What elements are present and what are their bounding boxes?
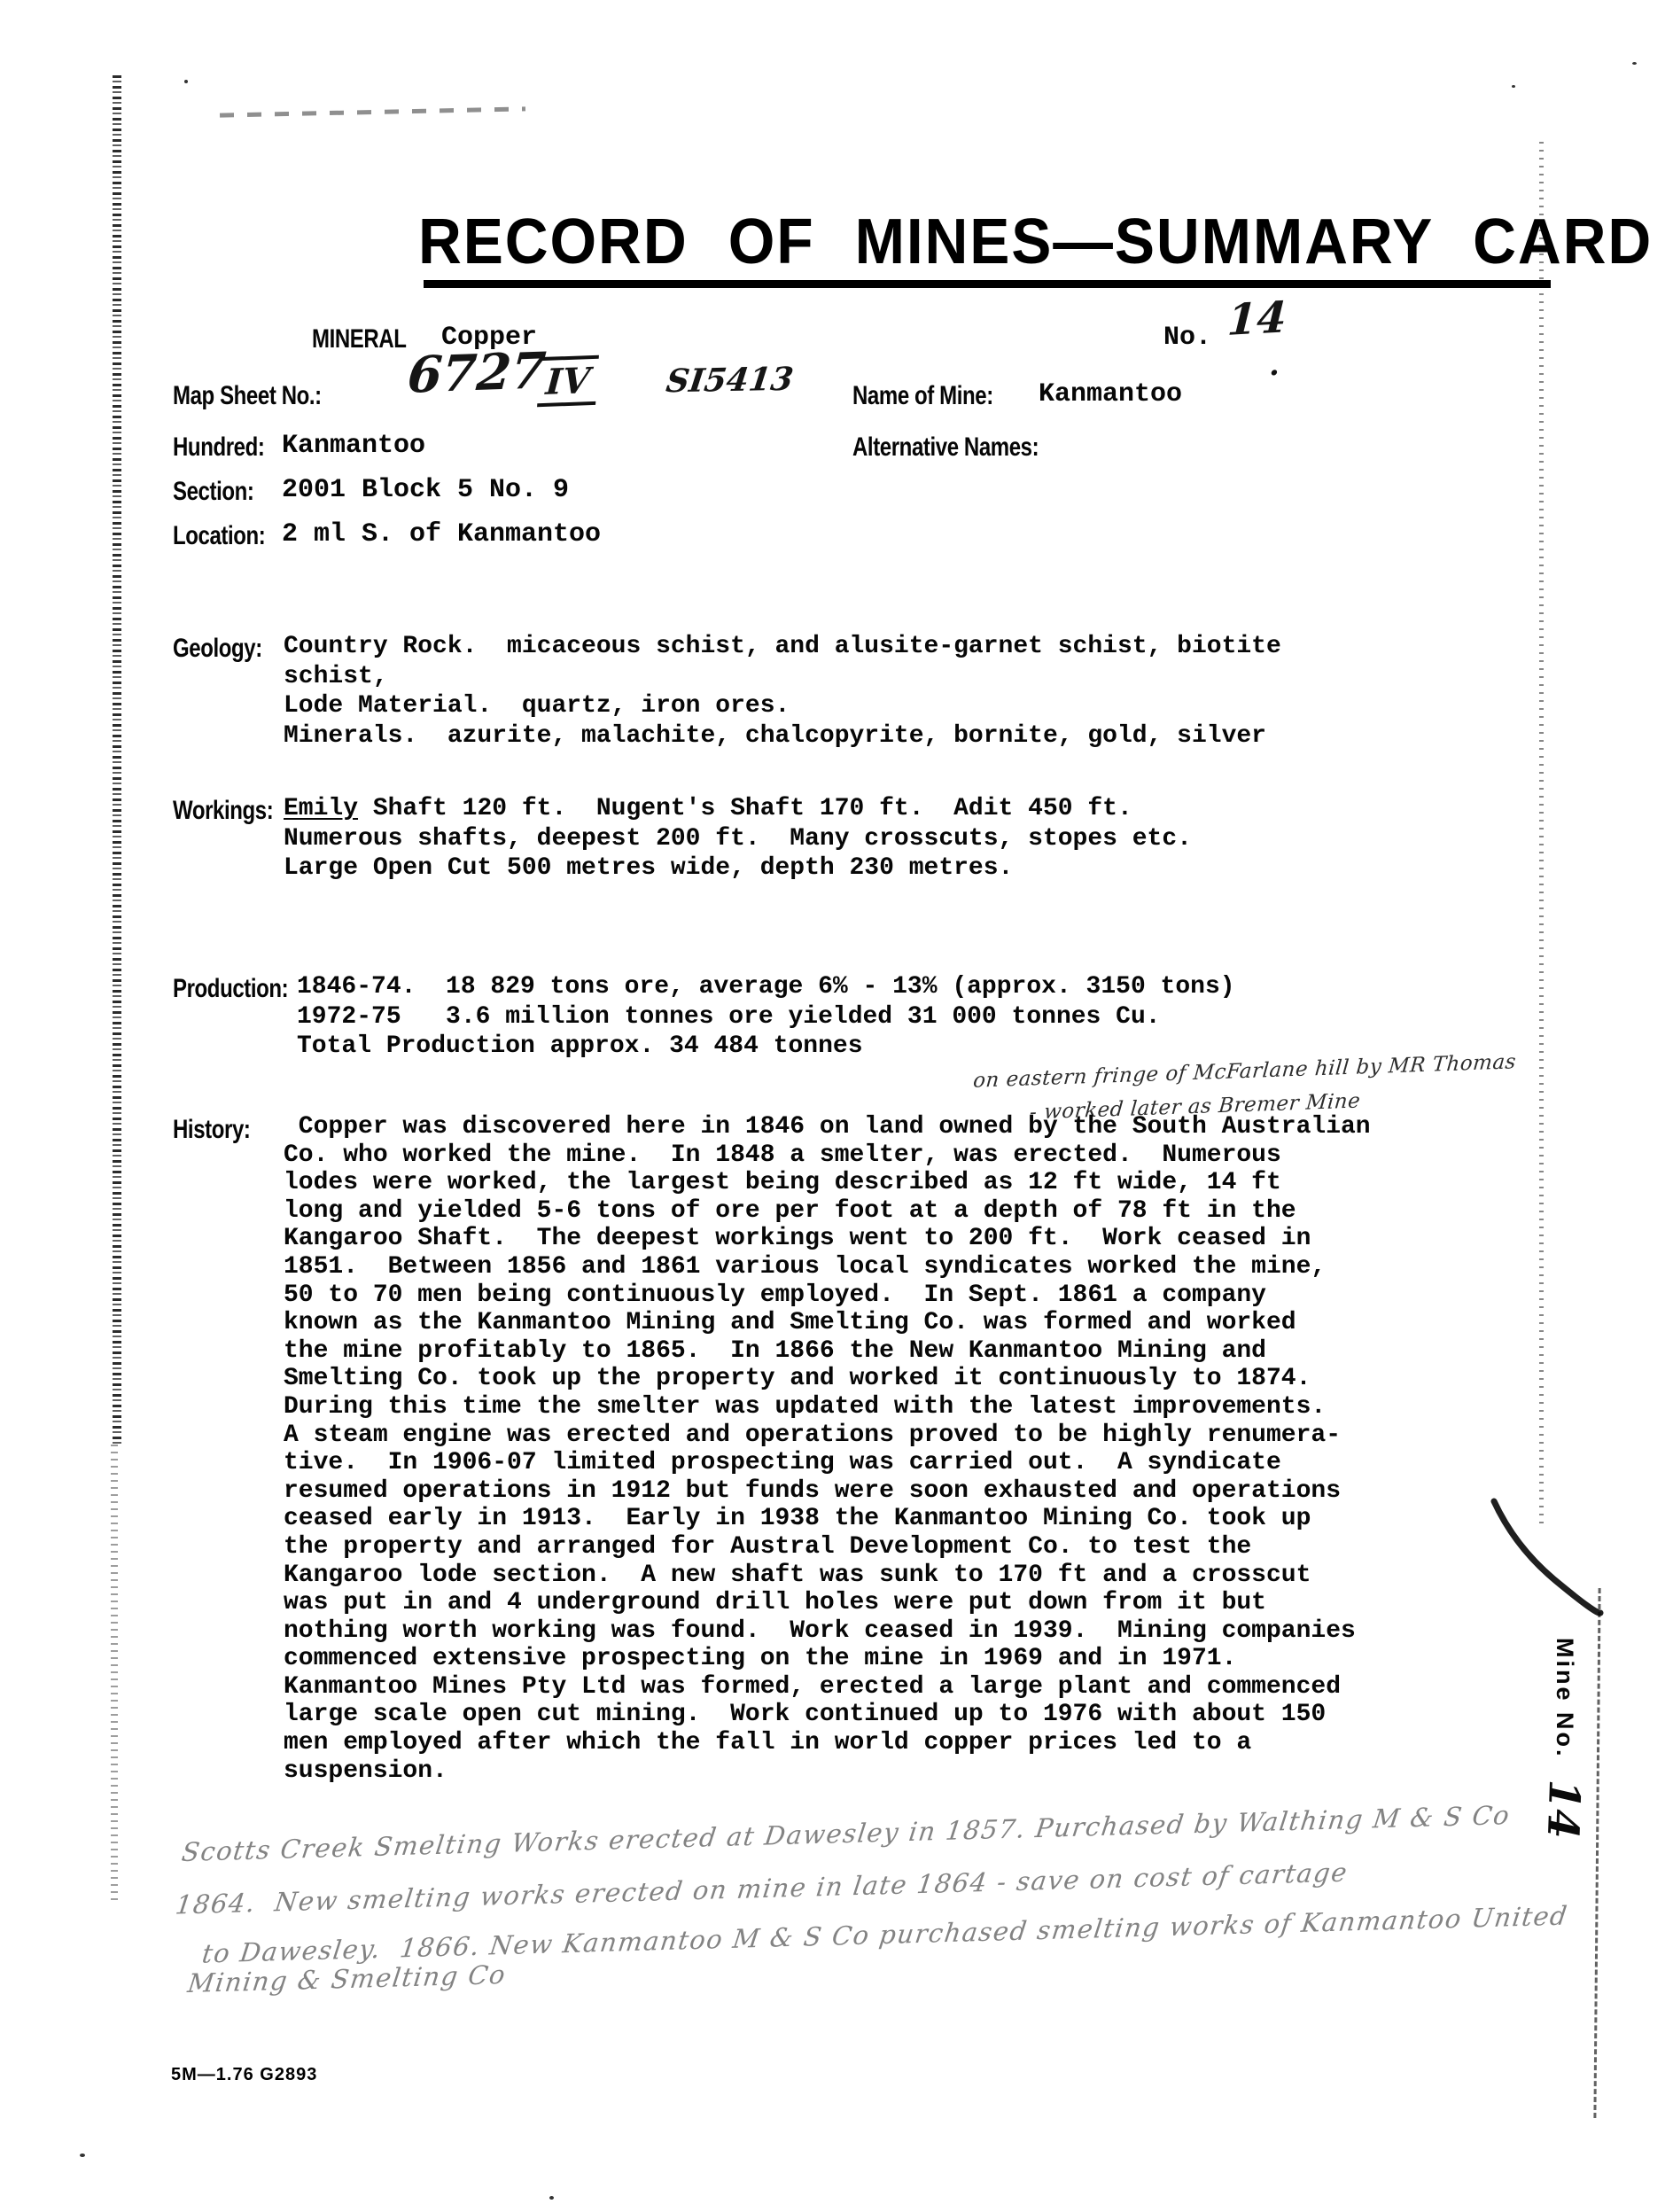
history-label: History: <box>173 1115 250 1145</box>
scan-edge-right-strip <box>1539 142 1544 1524</box>
name-of-mine-value: Kanmantoo <box>1039 379 1182 409</box>
no-label: No. <box>1163 323 1211 353</box>
scan-speck <box>1632 62 1637 65</box>
scan-edge-left-strip <box>113 75 121 1445</box>
scan-artifact-dashes <box>220 106 525 117</box>
history-text: Copper was discovered here in 1846 on la… <box>284 1113 1371 1785</box>
handwritten-note-line2: 1864. New smelting works erected on mine… <box>174 1857 1350 1920</box>
production-label: Production: <box>173 974 288 1004</box>
map-sheet-number-handwritten: 6727 <box>406 341 548 405</box>
footer-print-code: 5M—1.76 G2893 <box>171 2065 317 2085</box>
mine-no-tab-label: Mine No. <box>1551 1638 1578 1759</box>
alternative-names-label: Alternative Names: <box>852 432 1039 463</box>
hundred-label: Hundred: <box>173 432 264 463</box>
scan-speck <box>184 80 188 83</box>
location-label: Location: <box>173 521 265 551</box>
map-sheet-label: Map Sheet No.: <box>173 381 322 411</box>
geology-label: Geology: <box>173 634 262 664</box>
name-of-mine-label: Name of Mine: <box>852 381 993 411</box>
scan-speck <box>1512 85 1515 88</box>
workings-emily-underlined: Emily <box>284 795 358 822</box>
no-value-handwritten: 14 <box>1226 292 1288 346</box>
scan-dashed-line <box>1593 1588 1600 2118</box>
scan-speck <box>549 2196 554 2200</box>
page-title-wrap: RECORD OF MINES—SUMMARY CARD <box>418 206 1673 278</box>
page-title: RECORD OF MINES—SUMMARY CARD <box>418 206 1653 278</box>
scan-edge-left-strip-lower <box>111 1445 118 1905</box>
title-underline <box>424 280 1551 288</box>
no-period-mark: . <box>1269 347 1280 383</box>
section-label: Section: <box>173 477 253 507</box>
section-value: 2001 Block 5 No. 9 <box>282 475 569 505</box>
hundred-value: Kanmantoo <box>282 431 425 461</box>
record-of-mines-summary-card: RECORD OF MINES—SUMMARY CARD MINERAL Cop… <box>0 0 1673 2212</box>
workings-label: Workings: <box>173 796 273 826</box>
geology-text: Country Rock. micaceous schist, and alus… <box>284 632 1281 751</box>
mine-no-tab-value: 14 <box>1537 1779 1589 1840</box>
map-code-handwritten: SI5413 <box>664 361 795 401</box>
mineral-label: MINERAL <box>312 324 407 354</box>
scan-speck <box>80 2154 85 2157</box>
workings-text-rest: Shaft 120 ft. Nugent's Shaft 170 ft. Adi… <box>284 795 1192 882</box>
map-sheet-roman-numeral: IV <box>537 355 599 407</box>
location-value: 2 ml S. of Kanmantoo <box>282 519 601 549</box>
tab-curve <box>1464 1498 1606 1622</box>
handwritten-note-line1: Scotts Creek Smelting Works erected at D… <box>180 1800 1512 1867</box>
production-text: 1846-74. 18 829 tons ore, average 6% - 1… <box>297 972 1235 1062</box>
workings-text: Emily Shaft 120 ft. Nugent's Shaft 170 f… <box>284 794 1192 884</box>
